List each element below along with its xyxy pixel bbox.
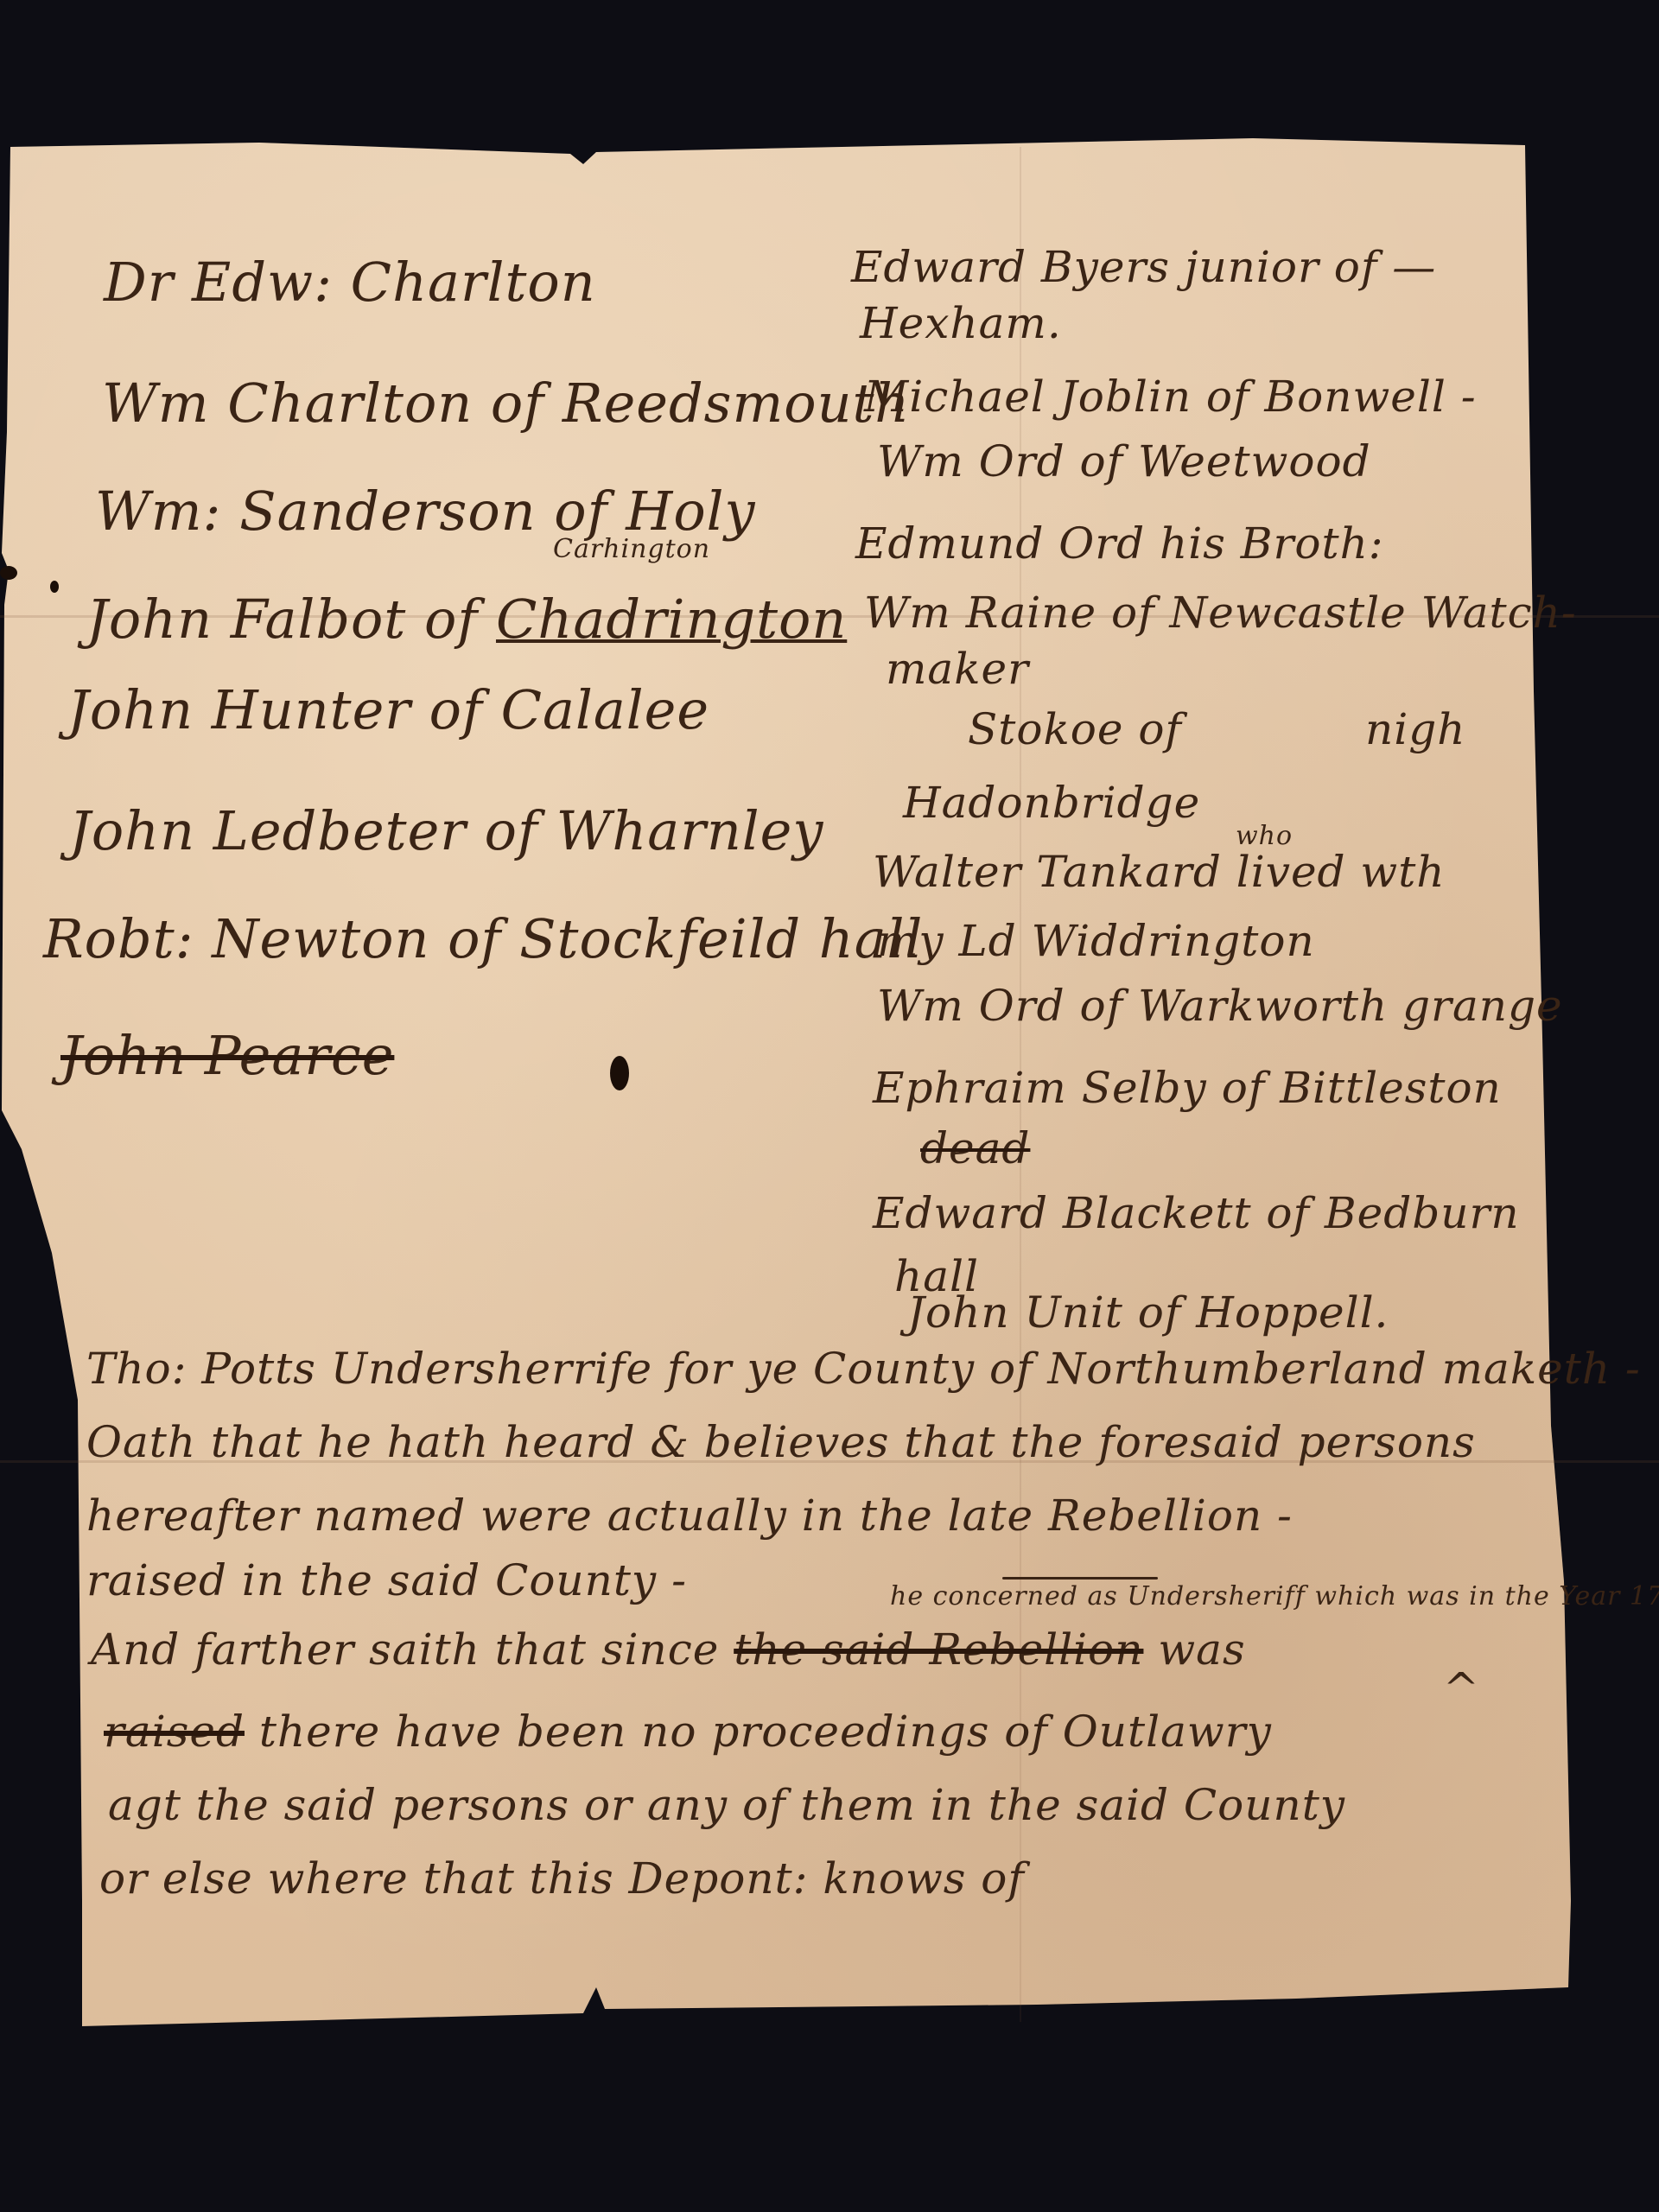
list-entry: Michael Joblin of Bonwell - [864,372,1477,422]
caret-insertion-mark: ^ [1443,1663,1480,1713]
list-entry: Hexham. [860,298,1062,348]
list-entry: John Falbot of Chadrington [86,588,847,651]
list-entry: my Ld Widdrington [877,916,1315,966]
struck-list-entry: dead [920,1123,1030,1173]
list-entry: Wm Ord of Weetwood [877,436,1371,486]
underlined-place-name: Chadrington [496,588,847,651]
list-entry: Walter Tankard lived wth [873,847,1446,897]
interlinear-insertion: he concerned as Undersheriff which was i… [890,1581,1659,1611]
line-filler-dash [1002,1577,1158,1580]
deposition-line: raised in the said County - [86,1555,687,1605]
ink-blot [0,566,17,580]
photographed-manuscript: Dr Edw: Charlton Wm Charlton of Reedsmou… [0,0,1659,2212]
deposition-text-segment: And farther saith that since [91,1624,734,1675]
struck-list-entry: John Pearce [60,1024,394,1087]
list-entry: Dr Edw: Charlton [104,251,596,314]
ink-blot [50,581,59,593]
list-entry: John Unit of Hoppell. [907,1287,1389,1338]
list-entry: Robt: Newton of Stockfeild hall [43,907,923,970]
deposition-line: And farther saith that since the said Re… [91,1624,1246,1675]
list-entry: maker [886,644,1029,694]
struck-text: raised [104,1707,245,1757]
interlinear-insertion: Carhington [553,534,710,564]
deposition-line: hereafter named were actually in the lat… [86,1491,1293,1541]
list-entry-text: John Falbot of [86,588,496,651]
list-entry: Wm Charlton of Reedsmouth [102,372,910,435]
list-entry: John Ledbeter of Wharnley [69,799,823,862]
ink-blot [610,1056,629,1090]
deposition-line: raised there have been no proceedings of… [104,1707,1272,1757]
list-entry: Edward Blackett of Bedburn [873,1188,1520,1238]
list-entry: Wm Raine of Newcastle Watch- [864,588,1577,638]
list-entry: Edward Byers junior of — [851,242,1436,292]
deposition-text-segment: was [1143,1624,1245,1675]
list-entry: nigh [1365,704,1465,754]
list-entry: Stokoe of [968,704,1182,754]
list-entry: Hadonbridge [903,778,1200,828]
list-entry: John Hunter of Calalee [67,678,709,741]
list-entry: Edmund Ord his Broth: [855,518,1384,569]
deposition-text-segment: there have been no proceedings of Outlaw… [245,1707,1272,1757]
list-entry: Ephraim Selby of Bittleston [873,1063,1502,1113]
deposition-line: agt the said persons or any of them in t… [108,1780,1345,1830]
struck-text: the said Rebellion [734,1624,1143,1675]
deposition-line: Oath that he hath heard & believes that … [86,1417,1476,1467]
deposition-line: or else where that this Depont: knows of [99,1853,1025,1904]
list-entry: Wm Ord of Warkworth grange [877,981,1563,1031]
deposition-line: Tho: Potts Undersherrife for ye County o… [86,1344,1641,1394]
